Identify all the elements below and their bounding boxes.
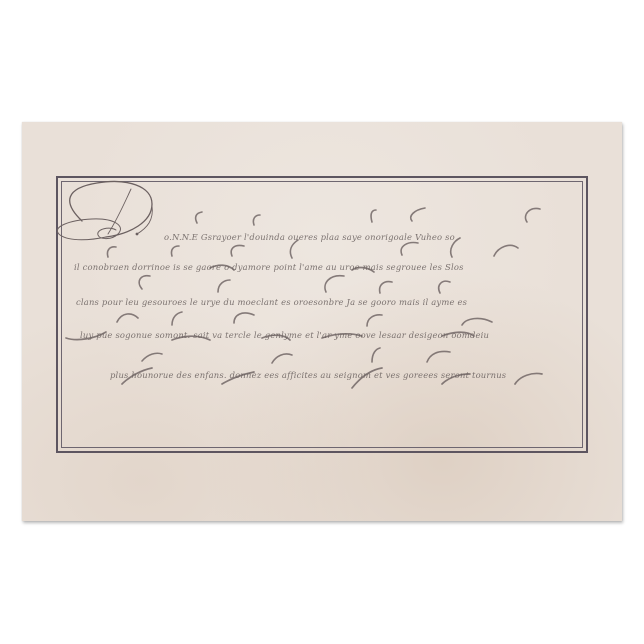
script-line-1: o.N.N.E Gsrayoer l'douinda oueres plaa s… [164,232,455,242]
calligraphic-flourishes [22,122,622,521]
script-line-4: luy pue sogonue somont. sait va tercle l… [80,330,489,340]
script-line-2: il conobraen dorrinoe is se gaore o dyam… [74,262,464,272]
calligraphy-sheet: o.N.N.E Gsrayoer l'douinda oueres plaa s… [22,122,622,521]
script-line-5: plus hounorue des enfans. donnez ees aff… [110,370,506,380]
ornamental-initial-d-icon [57,182,152,240]
script-line-3: clans pour leu gesouroes le urye du moec… [76,297,467,307]
